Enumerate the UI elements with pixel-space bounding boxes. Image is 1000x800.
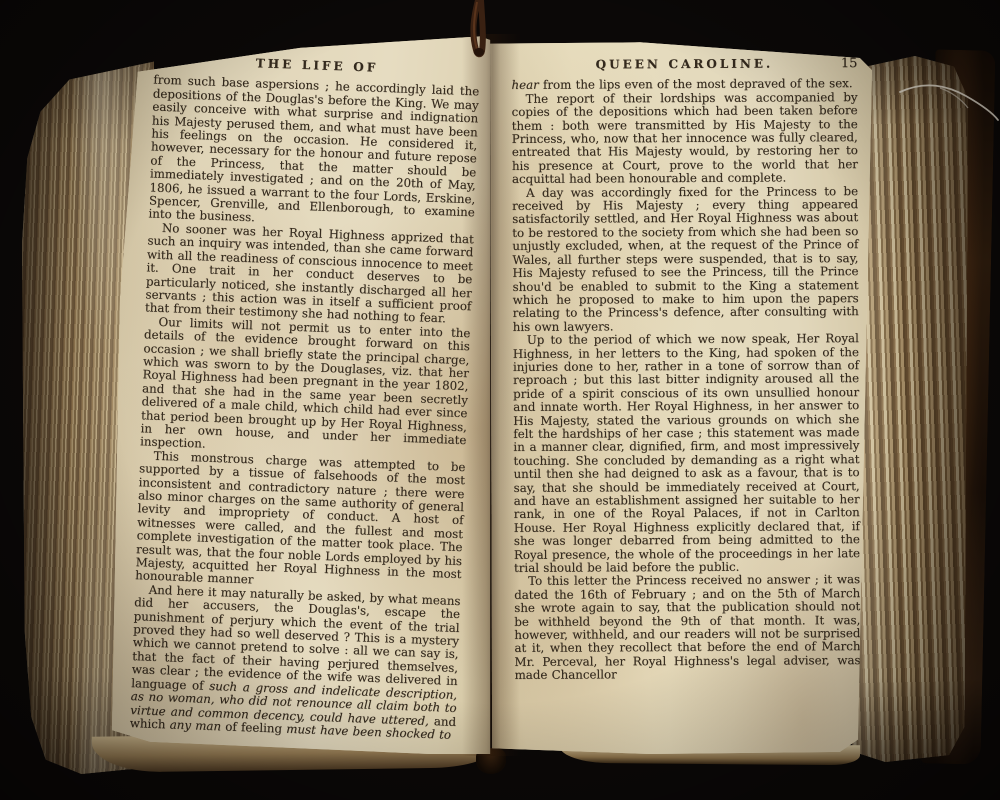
left-page-text: 14 THE LIFE OF from such base aspersions… bbox=[130, 53, 481, 742]
spine-thread bbox=[448, 0, 512, 64]
right-page-text: QUEEN CAROLINE. 15 hear from the lips ev… bbox=[511, 57, 860, 682]
right-page-header: QUEEN CAROLINE. 15 bbox=[511, 57, 857, 72]
loose-thread bbox=[896, 70, 1000, 130]
paragraph: Up to the period of which we now speak, … bbox=[513, 332, 860, 575]
header-spacer bbox=[446, 74, 480, 75]
paragraph: The report of their lordships was accomp… bbox=[512, 91, 858, 187]
book-photo: 14 THE LIFE OF from such base aspersions… bbox=[0, 0, 1000, 800]
left-running-head: THE LIFE OF bbox=[188, 55, 446, 78]
left-page: 14 THE LIFE OF from such base aspersions… bbox=[112, 32, 492, 754]
paragraph: from such base aspersions ; he according… bbox=[148, 74, 479, 233]
right-running-head: QUEEN CAROLINE. bbox=[545, 57, 823, 72]
left-page-number: 14 bbox=[154, 53, 188, 68]
right-page-paragraphs: hear from the lips even of the most depr… bbox=[511, 78, 860, 683]
paragraph: And here it may naturally be asked, by w… bbox=[130, 583, 461, 742]
paragraph: No sooner was her Royal Highness apprize… bbox=[145, 221, 474, 327]
left-page-paragraphs: from such base aspersions ; he according… bbox=[130, 74, 480, 742]
paragraph: This monstrous charge was attempted to b… bbox=[135, 449, 466, 595]
right-page-number: 15 bbox=[823, 57, 857, 71]
paragraph: Our limits will not permit us to enter i… bbox=[140, 315, 471, 461]
right-page: QUEEN CAROLINE. 15 hear from the lips ev… bbox=[489, 38, 881, 754]
paragraph: To this letter the Princess received no … bbox=[514, 574, 861, 683]
paragraph: A day was accordingly fixed for the Prin… bbox=[512, 185, 859, 334]
